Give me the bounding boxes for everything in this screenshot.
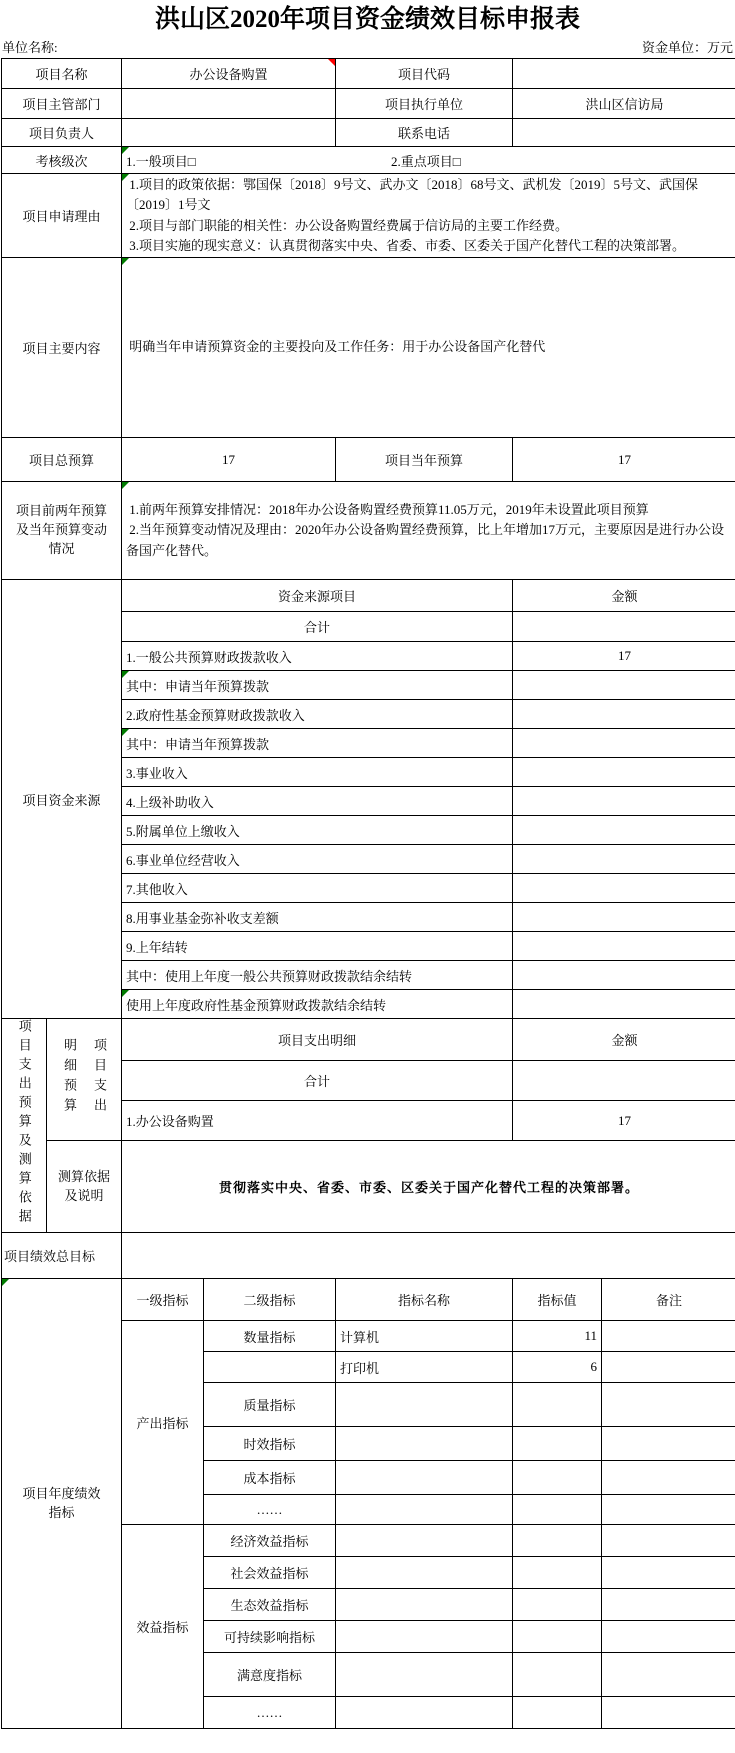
indicator-level2-cell: 质量指标 [204,1383,336,1427]
indicator-name-cell [336,1653,513,1697]
fund-row-item: 4.上级补助收入 [122,787,513,816]
leader-label-cell: 项目负责人 [2,119,122,147]
indicator-level2-cell: 经济效益指标 [204,1525,336,1557]
fund-row-amount [513,787,735,816]
indicator-name-cell [336,1383,513,1427]
annual-indicators-label-cell: 项目年度绩效 指标 [2,1279,122,1729]
indicator-value-cell [513,1461,602,1495]
expenditure-row-amount [513,1061,735,1101]
fund-row-amount [513,816,735,845]
indicator-note-cell [602,1589,735,1621]
fund-row-amount [513,758,735,787]
declaration-table: 项目名称 办公设备购置 项目代码 项目主管部门 项目执行单位 洪山区信访局 项目… [1,58,735,1729]
fund-row-item: 使用上年度政府性基金预算财政拨款结余结转 [122,990,513,1019]
indicator-value-cell [513,1621,602,1653]
green-corner-marker-icon [122,174,129,181]
indicator-level2-cell: 生态效益指标 [204,1589,336,1621]
project-name-label-cell: 项目名称 [2,59,122,89]
dept-label-cell: 项目主管部门 [2,89,122,119]
indicator-value-cell [513,1525,602,1557]
indicator-note-cell [602,1495,735,1525]
table-row: 项目支出预算及测算依据 项目支出明细预算 项目支出明细 金额 [2,1019,735,1061]
indicator-name-cell [336,1621,513,1653]
table-row: 项目总预算 17 项目当年预算 17 [2,438,735,482]
calc-basis-content-cell: 贯彻落实中央、省委、市委、区委关于国产化替代工程的决策部署。 [122,1141,735,1233]
indicator-header-level2: 二级指标 [204,1279,336,1321]
fund-row-item: 5.附属单位上缴收入 [122,816,513,845]
prev-budget-content-cell: 1.前两年预算安排情况：2018年办公设备购置经费预算11.05万元，2019年… [122,482,735,580]
exec-unit-label-cell: 项目执行单位 [336,89,513,119]
indicator-level2-cell [204,1352,336,1383]
fund-row-amount: 17 [513,642,735,671]
fund-row-amount [513,961,735,990]
indicator-name-cell [336,1427,513,1461]
indicator-value-cell [513,1383,602,1427]
units-row: 单位名称: 资金单位：万元 [0,38,735,58]
fund-row-item: 其中：申请当年预算拨款 [122,729,513,758]
fund-row-item: 8.用事业基金弥补收支差额 [122,903,513,932]
fund-row-amount [513,845,735,874]
expenditure-row-amount: 17 [513,1101,735,1141]
indicator-header-name: 指标名称 [336,1279,513,1321]
fund-row-item: 其中：使用上年度一般公共预算财政拨款结余结转 [122,961,513,990]
project-code-value-cell [513,59,735,89]
exec-unit-value-cell: 洪山区信访局 [513,89,735,119]
apply-reason-label-cell: 项目申请理由 [2,174,122,258]
declaration-form-page: 洪山区2020年项目资金绩效目标申报表 单位名称: 资金单位：万元 项目名称 办… [0,0,735,1753]
table-row: 项目主要内容 明确当年申请预算资金的主要投向及工作任务：用于办公设备国产化替代 [2,258,735,438]
expenditure-col-item-header: 项目支出明细 [122,1019,513,1061]
indicator-value-cell [513,1557,602,1589]
current-budget-label-cell: 项目当年预算 [336,438,513,482]
indicator-name-cell [336,1557,513,1589]
indicator-value-cell [513,1589,602,1621]
table-row: 项目负责人 联系电话 [2,119,735,147]
indicator-value-cell: 11 [513,1321,602,1352]
expenditure-row-item: 合计 [122,1061,513,1101]
green-corner-marker-icon [122,147,129,154]
indicator-value-cell: 6 [513,1352,602,1383]
indicator-level2-cell: …… [204,1697,336,1729]
green-corner-marker-icon [122,258,129,265]
fund-row-amount [513,671,735,700]
indicator-level2-cell: 数量指标 [204,1321,336,1352]
fund-unit-label: 资金单位：万元 [642,37,733,56]
indicator-note-cell [602,1557,735,1589]
green-corner-marker-icon [2,1279,9,1286]
green-corner-marker-icon [122,482,129,489]
indicator-value-cell [513,1495,602,1525]
fund-source-label-cell: 项目资金来源 [2,580,122,1019]
fund-row-item: 1.一般公共预算财政拨款收入 [122,642,513,671]
project-code-label-cell: 项目代码 [336,59,513,89]
fund-row-item: 3.事业收入 [122,758,513,787]
indicator-note-cell [602,1525,735,1557]
green-corner-marker-icon [122,671,129,678]
indicator-level2-cell: 可持续影响指标 [204,1621,336,1653]
table-row: 项目主管部门 项目执行单位 洪山区信访局 [2,89,735,119]
green-corner-marker-icon [122,990,129,997]
fund-row-amount [513,612,735,642]
fund-row-amount [513,700,735,729]
assess-label-cell: 考核级次 [2,147,122,174]
current-budget-value-cell: 17 [513,438,735,482]
assess-option-key: 2.重点项目□ [391,154,461,169]
total-budget-label-cell: 项目总预算 [2,438,122,482]
green-corner-marker-icon [122,729,129,736]
overall-goal-label-cell: 项目绩效总目标 [2,1233,122,1279]
table-row: 项目名称 办公设备购置 项目代码 [2,59,735,89]
table-row: 项目绩效总目标 [2,1233,735,1279]
indicator-value-cell [513,1653,602,1697]
main-content-label-cell: 项目主要内容 [2,258,122,438]
total-budget-value-cell: 17 [122,438,336,482]
indicator-name-cell [336,1697,513,1729]
assess-option-general: 1.一般项目□ [126,151,391,170]
indicator-value-cell [513,1697,602,1729]
indicator-level2-cell: 社会效益指标 [204,1557,336,1589]
overall-goal-content-cell [122,1233,735,1279]
fund-row-amount [513,932,735,961]
indicator-note-cell [602,1621,735,1653]
expenditure-side-label-cell: 项目支出预算及测算依据 [2,1019,47,1233]
table-row: 项目申请理由 1.项目的政策依据：鄂国保〔2018〕9号文、武办文〔2018〕6… [2,174,735,258]
unit-name-label: 单位名称: [2,37,58,56]
leader-value-cell [122,119,336,147]
apply-reason-content-cell: 1.项目的政策依据：鄂国保〔2018〕9号文、武办文〔2018〕68号文、武机发… [122,174,735,258]
indicator-note-cell [602,1383,735,1427]
indicator-name-cell [336,1495,513,1525]
fund-row-amount [513,903,735,932]
fund-row-item: 9.上年结转 [122,932,513,961]
indicator-header-level1: 一级指标 [122,1279,204,1321]
dept-value-cell [122,89,336,119]
page-title: 洪山区2020年项目资金绩效目标申报表 [0,0,735,38]
indicator-name-cell: 打印机 [336,1352,513,1383]
indicator-note-cell [602,1653,735,1697]
fund-row-amount [513,990,735,1019]
benefit-group-label-cell: 效益指标 [122,1525,204,1729]
indicator-note-cell [602,1321,735,1352]
assess-value-cell: 1.一般项目□2.重点项目□ [122,147,735,174]
indicator-note-cell [602,1427,735,1461]
table-row: 测算依据 及说明 贯彻落实中央、省委、市委、区委关于国产化替代工程的决策部署。 [2,1141,735,1233]
table-row: 项目资金来源 资金来源项目 金额 [2,580,735,612]
fund-row-item: 其中：申请当年预算拨款 [122,671,513,700]
fund-row-item: 合计 [122,612,513,642]
indicator-header-value: 指标值 [513,1279,602,1321]
indicator-header-note: 备注 [602,1279,735,1321]
indicator-name-cell: 计算机 [336,1321,513,1352]
expenditure-col-amount-header: 金额 [513,1019,735,1061]
table-row: 项目年度绩效 指标 一级指标 二级指标 指标名称 指标值 备注 [2,1279,735,1321]
fund-source-col-item-header: 资金来源项目 [122,580,513,612]
indicator-note-cell [602,1352,735,1383]
fund-row-item: 2.政府性基金预算财政拨款收入 [122,700,513,729]
indicator-name-cell [336,1461,513,1495]
main-content-cell: 明确当年申请预算资金的主要投向及工作任务：用于办公设备国产化替代 [122,258,735,438]
fund-row-amount [513,874,735,903]
red-comment-marker-icon [328,59,335,66]
indicator-value-cell [513,1427,602,1461]
expenditure-row-item: 1.办公设备购置 [122,1101,513,1141]
fund-row-item: 7.其他收入 [122,874,513,903]
table-row: 项目前两年预算 及当年预算变动 情况 1.前两年预算安排情况：2018年办公设备… [2,482,735,580]
indicator-level2-cell: …… [204,1495,336,1525]
expenditure-detail-side-label-cell: 项目支出明细预算 [47,1019,122,1141]
phone-value-cell [513,119,735,147]
fund-source-col-amount-header: 金额 [513,580,735,612]
calc-basis-label-cell: 测算依据 及说明 [47,1141,122,1233]
prev-budget-label-cell: 项目前两年预算 及当年预算变动 情况 [2,482,122,580]
indicator-note-cell [602,1697,735,1729]
project-name-value-cell: 办公设备购置 [122,59,336,89]
indicator-note-cell [602,1461,735,1495]
indicator-level2-cell: 时效指标 [204,1427,336,1461]
output-group-label-cell: 产出指标 [122,1321,204,1525]
phone-label-cell: 联系电话 [336,119,513,147]
indicator-name-cell [336,1525,513,1557]
fund-row-amount [513,729,735,758]
fund-row-item: 6.事业单位经营收入 [122,845,513,874]
indicator-level2-cell: 成本指标 [204,1461,336,1495]
indicator-level2-cell: 满意度指标 [204,1653,336,1697]
indicator-name-cell [336,1589,513,1621]
table-row: 考核级次 1.一般项目□2.重点项目□ [2,147,735,174]
